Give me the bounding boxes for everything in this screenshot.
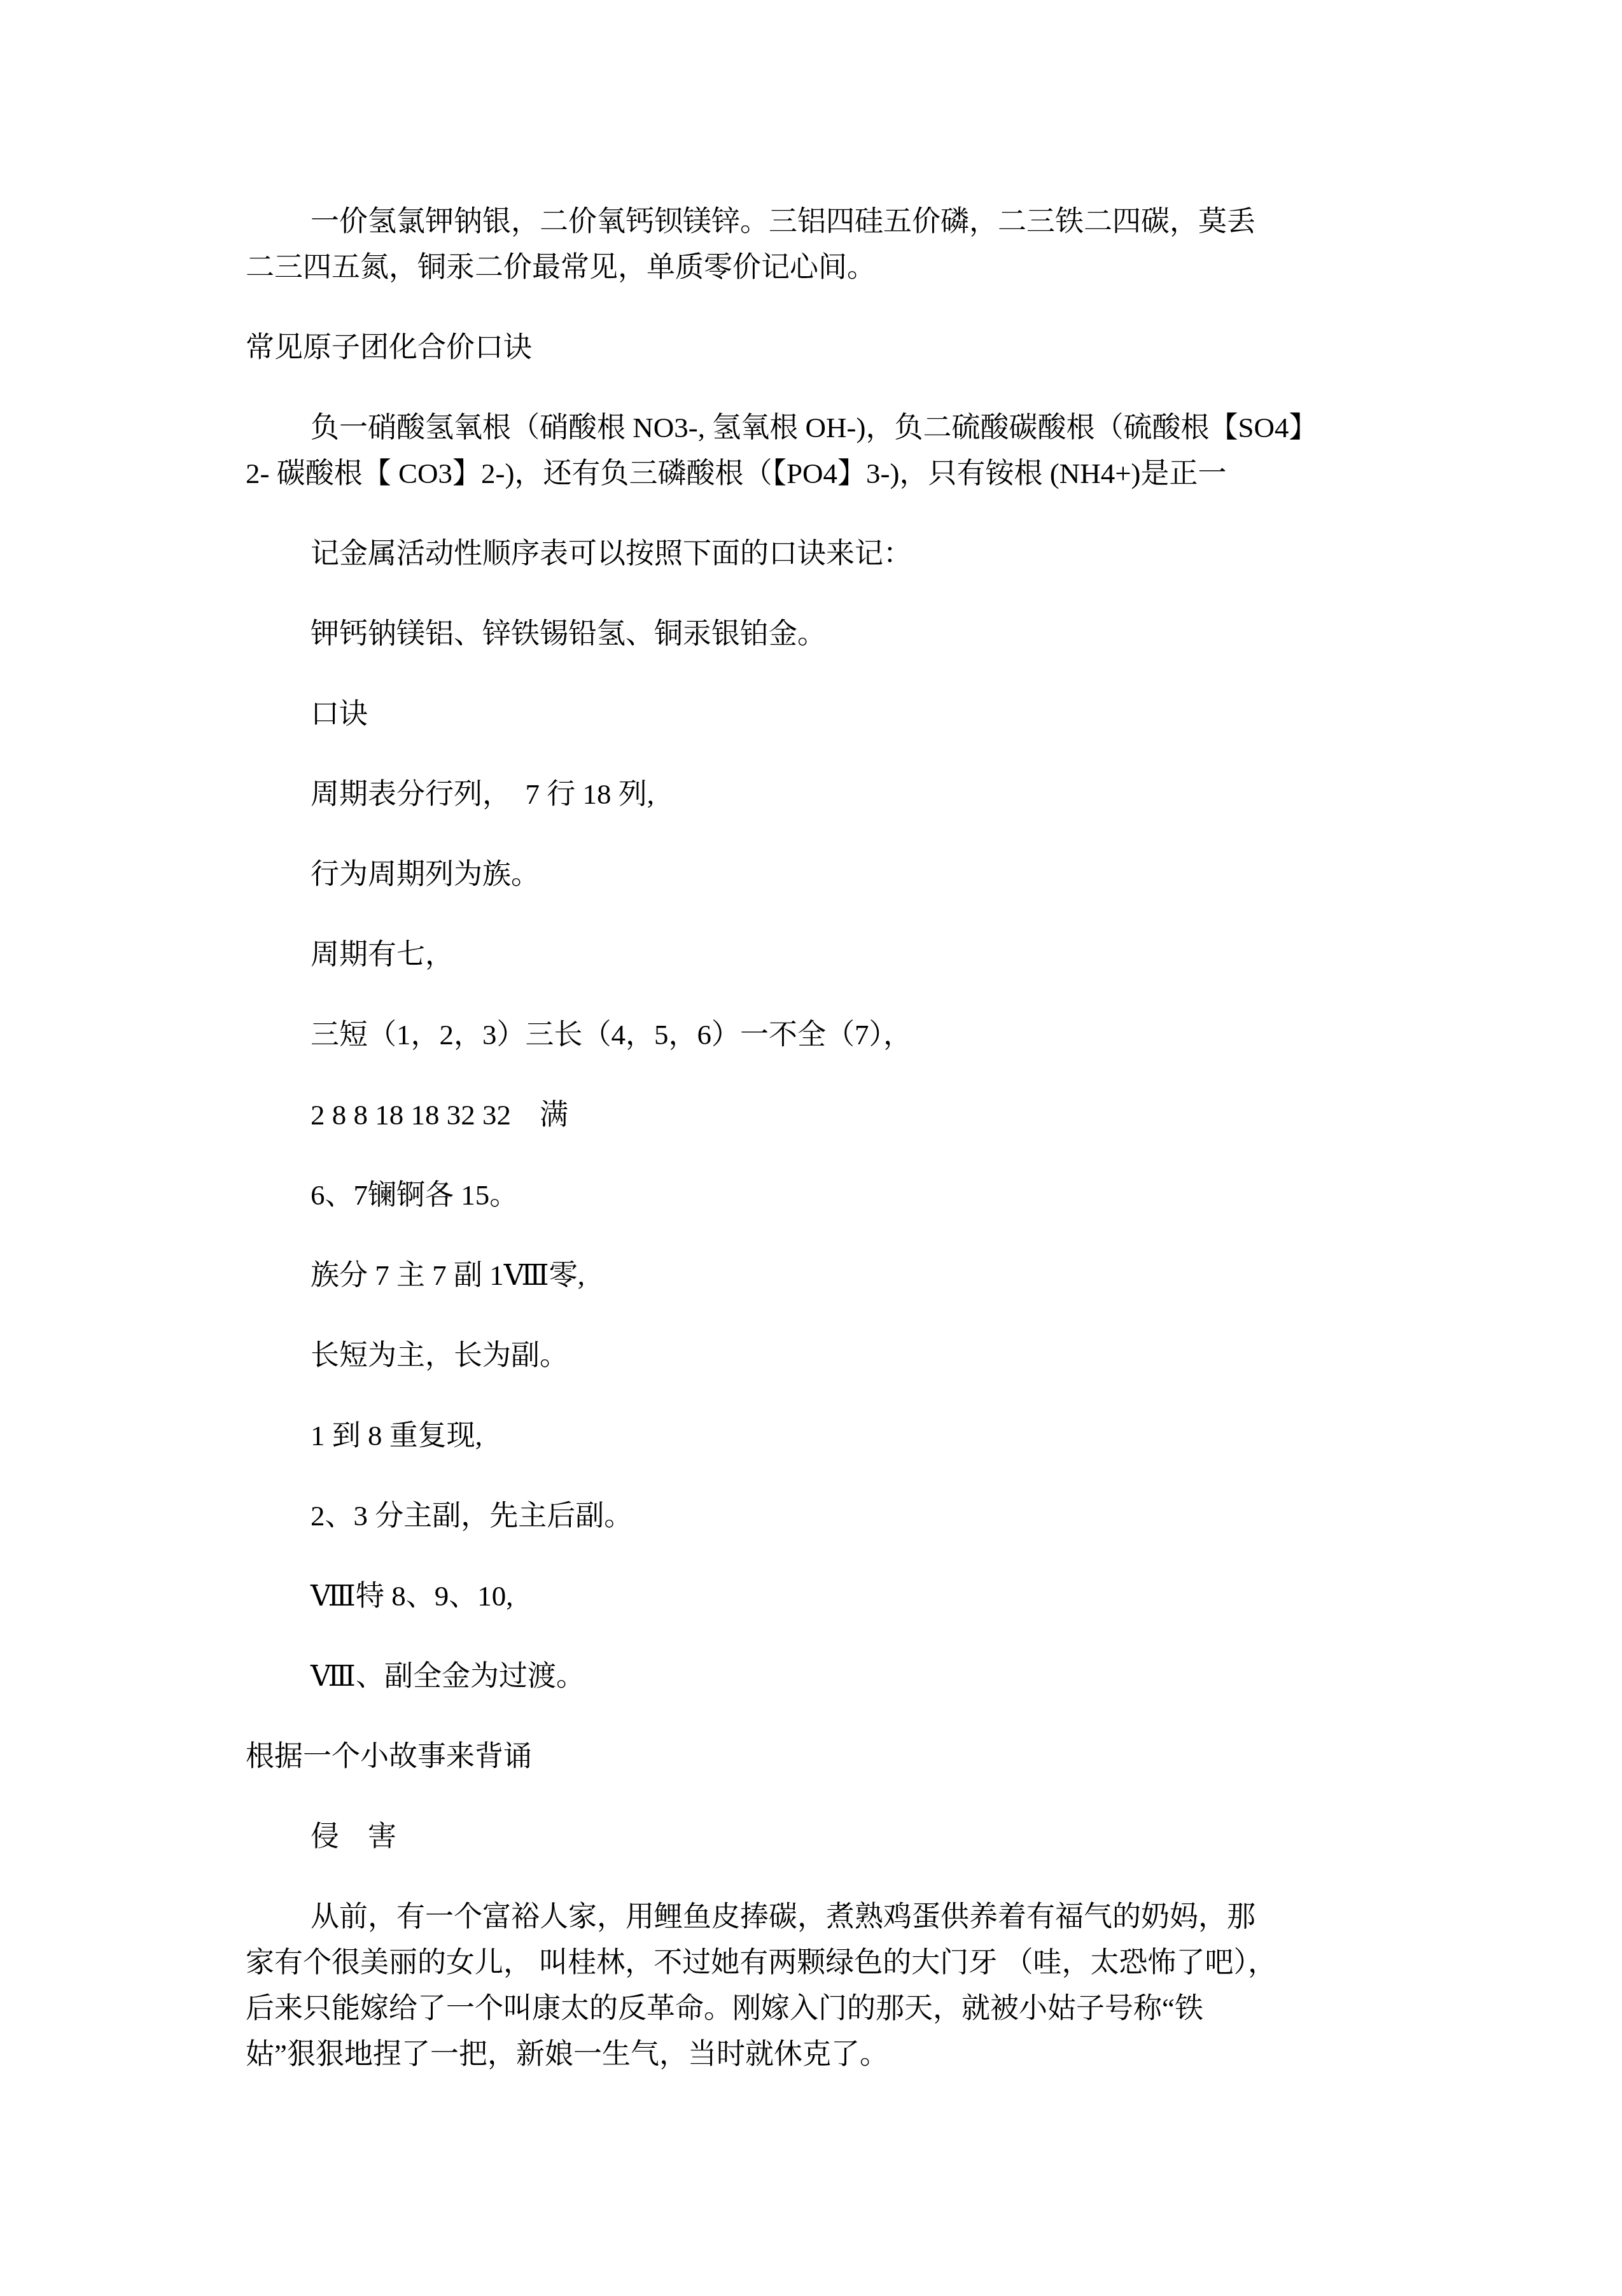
text-line: 族分 7 主 7 副 1Ⅷ零, (246, 1252, 1550, 1298)
paragraph: 周期有七， (246, 932, 1550, 977)
text-line: 二三四五氮，铜汞二价最常见，单质零价记心间。 (246, 244, 1550, 290)
paragraph: 6、7镧锕各 15。 (246, 1172, 1550, 1218)
paragraph: 侵 害 (246, 1814, 1550, 1859)
paragraph: 族分 7 主 7 副 1Ⅷ零, (246, 1252, 1550, 1298)
paragraph: 一价氢氯钾钠银，二价氧钙钡镁锌。三铝四硅五价磷，二三铁二四碳，莫丢 二三四五氮，… (246, 199, 1550, 290)
paragraph: 负一硝酸氢氧根（硝酸根 NO3-, 氢氧根 OH-)，负二硫酸碳酸根（硫酸根【S… (246, 405, 1550, 496)
text-line: 一价氢氯钾钠银，二价氧钙钡镁锌。三铝四硅五价磷，二三铁二四碳，莫丢 (246, 199, 1550, 244)
text-line: 从前，有一个富裕人家，用鲤鱼皮捧碳，煮熟鸡蛋供养着有福气的奶妈，那 (246, 1894, 1550, 1940)
text-line: 2 8 8 18 18 32 32 满 (246, 1092, 1550, 1138)
text-line: 钾钙钠镁铝、锌铁锡铅氢、铜汞银铂金。 (246, 611, 1550, 657)
document-content: 一价氢氯钾钠银，二价氧钙钡镁锌。三铝四硅五价磷，二三铁二四碳，莫丢 二三四五氮，… (246, 199, 1550, 2077)
text-line: 周期有七， (246, 932, 1550, 977)
text-line: 周期表分行列， 7 行 18 列, (246, 771, 1550, 817)
paragraph: 常见原子团化合价口诀 (246, 325, 1550, 370)
text-line: Ⅷ特 8、9、10, (246, 1573, 1550, 1619)
text-line: 家有个很美丽的女儿， 叫桂林，不过她有两颗绿色的大门牙 （哇，太恐怖了吧）， (246, 1940, 1550, 1985)
text-line: 姑”狠狠地捏了一把，新娘一生气，当时就休克了。 (246, 2031, 1550, 2077)
paragraph: Ⅷ、副全金为过渡。 (246, 1653, 1550, 1699)
text-line: 口诀 (246, 691, 1550, 737)
paragraph: 从前，有一个富裕人家，用鲤鱼皮捧碳，煮熟鸡蛋供养着有福气的奶妈，那 家有个很美丽… (246, 1894, 1550, 2077)
paragraph: 口诀 (246, 691, 1550, 737)
text-line: 2、3 分主副，先主后副。 (246, 1493, 1550, 1539)
document-page: 一价氢氯钾钠银，二价氧钙钡镁锌。三铝四硅五价磷，二三铁二四碳，莫丢 二三四五氮，… (0, 0, 1622, 2296)
heading-story-intro: 根据一个小故事来背诵 (246, 1733, 1550, 1779)
text-line: 后来只能嫁给了一个叫康太的反革命。刚嫁入门的那天，就被小姑子号称“铁 (246, 1985, 1550, 2031)
paragraph: 钾钙钠镁铝、锌铁锡铅氢、铜汞银铂金。 (246, 611, 1550, 657)
paragraph: 记金属活动性顺序表可以按照下面的口诀来记： (246, 531, 1550, 577)
text-line: 6、7镧锕各 15。 (246, 1172, 1550, 1218)
text-line: 行为周期列为族。 (246, 851, 1550, 897)
paragraph: 2 8 8 18 18 32 32 满 (246, 1092, 1550, 1138)
paragraph: 行为周期列为族。 (246, 851, 1550, 897)
text-line: Ⅷ、副全金为过渡。 (246, 1653, 1550, 1699)
paragraph: 2、3 分主副，先主后副。 (246, 1493, 1550, 1539)
heading-radical-valence-mnemonic: 常见原子团化合价口诀 (246, 325, 1550, 370)
text-line: 1 到 8 重复现, (246, 1413, 1550, 1459)
paragraph: 1 到 8 重复现, (246, 1413, 1550, 1459)
text-line: 负一硝酸氢氧根（硝酸根 NO3-, 氢氧根 OH-)，负二硫酸碳酸根（硫酸根【S… (246, 405, 1550, 451)
text-line: 2- 碳酸根【 CO3】2-)，还有负三磷酸根（【PO4】3-)，只有铵根 (N… (246, 451, 1550, 496)
paragraph: 周期表分行列， 7 行 18 列, (246, 771, 1550, 817)
text-line: 三短（1，2，3）三长（4，5，6）一不全（7）， (246, 1012, 1550, 1058)
text-line: 长短为主，长为副。 (246, 1333, 1550, 1378)
paragraph: 根据一个小故事来背诵 (246, 1733, 1550, 1779)
text-line: 记金属活动性顺序表可以按照下面的口诀来记： (246, 531, 1550, 577)
paragraph: Ⅷ特 8、9、10, (246, 1573, 1550, 1619)
paragraph: 三短（1，2，3）三长（4，5，6）一不全（7）， (246, 1012, 1550, 1058)
paragraph: 长短为主，长为副。 (246, 1333, 1550, 1378)
story-title: 侵 害 (246, 1814, 1550, 1859)
